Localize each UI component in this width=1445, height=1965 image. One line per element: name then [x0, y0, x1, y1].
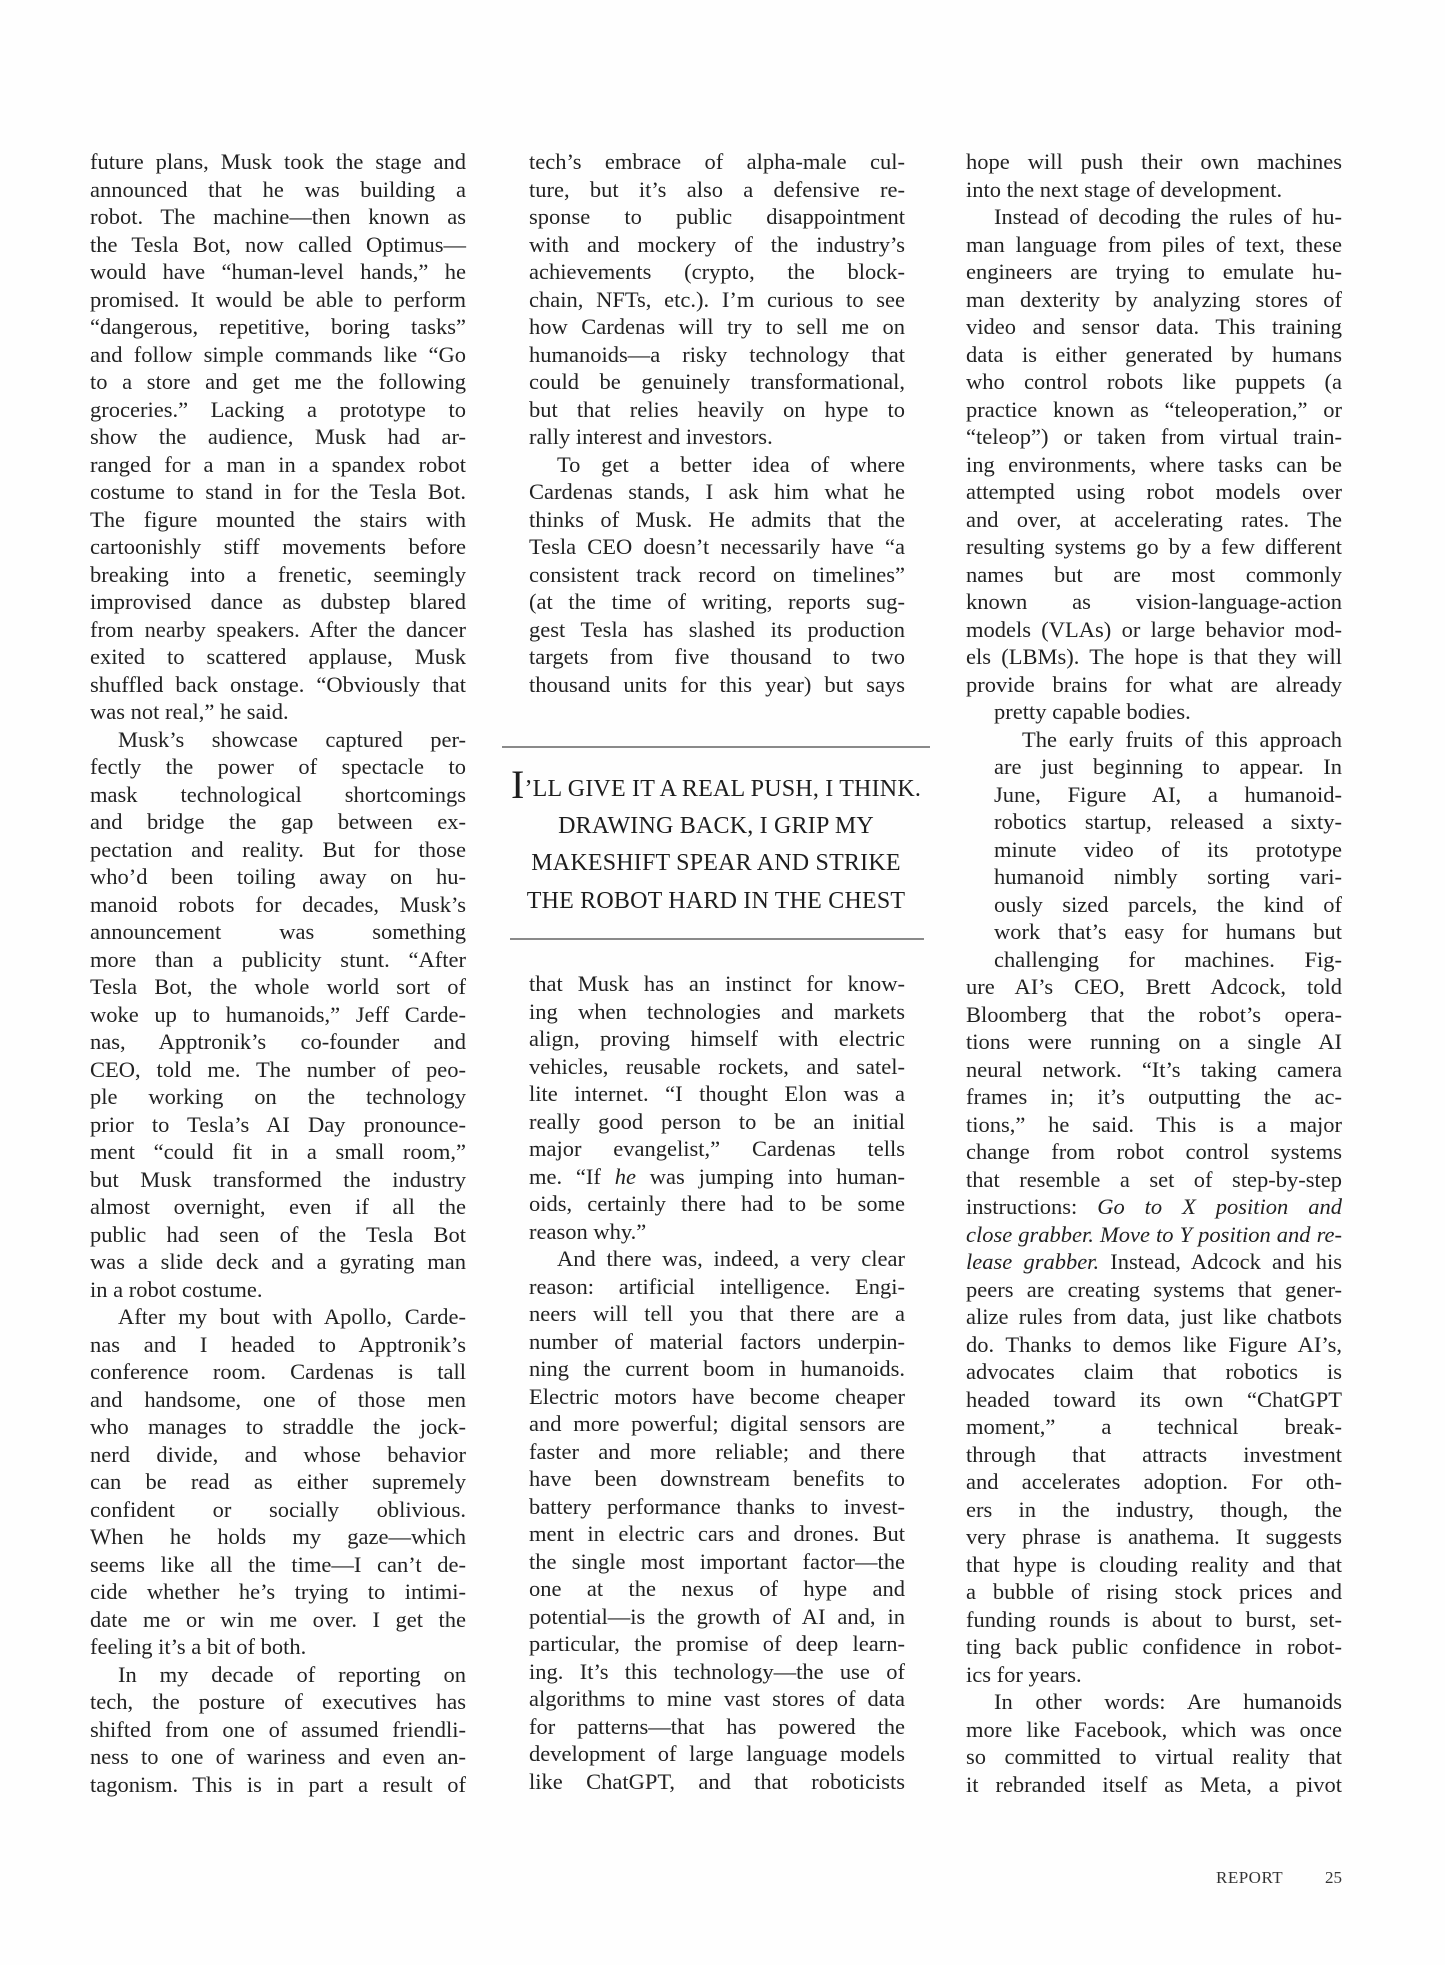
- text-line: groceries.” Lacking a prototype to: [90, 396, 466, 424]
- text-line: but that relies heavily on hype to: [529, 396, 905, 424]
- pull-quote-line-1-text: ’LL GIVE IT A REAL PUSH, I THINK.: [524, 776, 921, 802]
- text-line: tions were running on a single AI: [966, 1028, 1342, 1056]
- text-line: Musk’s showcase captured per-: [90, 726, 466, 754]
- text-line: one at the nexus of hype and: [529, 1575, 905, 1603]
- text-line: sponse to public disappointment: [529, 203, 905, 231]
- pull-quote-text: I’LL GIVE IT A REAL PUSH, I THINK. DRAWI…: [502, 770, 930, 920]
- text-line: video and sensor data. This training: [966, 313, 1342, 341]
- text-line: would have “human-level hands,” he: [90, 258, 466, 286]
- text-line: els (LBMs). The hope is that they will: [966, 643, 1342, 671]
- text-line: humanoids—a risky technology that: [529, 341, 905, 369]
- text-line: The early fruits of this approach: [966, 726, 1342, 754]
- text-line: “dangerous, repetitive, boring tasks”: [90, 313, 466, 341]
- text-line: man dexterity by analyzing stores of: [966, 286, 1342, 314]
- text-line: ture, but it’s also a defensive re-: [529, 176, 905, 204]
- text-line: shuffled back onstage. “Obviously that: [90, 671, 466, 699]
- text-line: headed toward its own “ChatGPT: [966, 1386, 1342, 1414]
- text-line: fectly the power of spectacle to: [90, 753, 466, 781]
- text-line: announcement was something: [90, 918, 466, 946]
- text-line: Tesla Bot, the whole world sort of: [90, 973, 466, 1001]
- text-line: can be read as either supremely: [90, 1468, 466, 1496]
- text-line: Bloomberg that the robot’s opera-: [966, 1001, 1342, 1029]
- text-line: who’d been toiling away on hu-: [90, 863, 466, 891]
- text-line: nerd divide, and whose behavior: [90, 1441, 466, 1469]
- text-line: align, proving himself with electric: [529, 1025, 905, 1053]
- text-line: feeling it’s a bit of both.: [90, 1633, 466, 1661]
- magazine-page: future plans, Musk took the stage andann…: [0, 0, 1445, 1965]
- text-line: instructions: Go to X position and: [966, 1193, 1342, 1221]
- text-line: how Cardenas will try to sell me on: [529, 313, 905, 341]
- text-line: rally interest and investors.: [529, 423, 905, 451]
- text-line: and accelerates adoption. For oth-: [966, 1468, 1342, 1496]
- text-line: ing. It’s this technology—the use of: [529, 1658, 905, 1686]
- text-line: announced that he was building a: [90, 176, 466, 204]
- text-line: After my bout with Apollo, Carde-: [90, 1303, 466, 1331]
- text-line: and handsome, one of those men: [90, 1386, 466, 1414]
- article-column-3: hope will push their own machinesinto th…: [966, 148, 1342, 1798]
- text-line: targets from five thousand to two: [529, 643, 905, 671]
- text-line: have been downstream benefits to: [529, 1465, 905, 1493]
- text-line: vehicles, reusable rockets, and satel-: [529, 1053, 905, 1081]
- text-line: ting back public confidence in robot-: [966, 1633, 1342, 1661]
- text-line: into the next stage of development.: [966, 176, 1342, 204]
- text-line: the single most important factor—the: [529, 1548, 905, 1576]
- text-line: ing when technologies and markets: [529, 998, 905, 1026]
- text-line: so committed to virtual reality that: [966, 1743, 1342, 1771]
- text-line: who manages to straddle the jock-: [90, 1413, 466, 1441]
- text-line: funding rounds is about to burst, set-: [966, 1606, 1342, 1634]
- text-line: who control robots like puppets (a: [966, 368, 1342, 396]
- text-line: future plans, Musk took the stage and: [90, 148, 466, 176]
- text-line: pectation and reality. But for those: [90, 836, 466, 864]
- text-line: Cardenas stands, I ask him what he: [529, 478, 905, 506]
- text-line: from nearby speakers. After the dancer: [90, 616, 466, 644]
- text-line: faster and more reliable; and there: [529, 1438, 905, 1466]
- text-line: cartoonishly stiff movements before: [90, 533, 466, 561]
- text-line: through that attracts investment: [966, 1441, 1342, 1469]
- text-line: was a slide deck and a gyrating man: [90, 1248, 466, 1276]
- column-2-bottom-text: that Musk has an instinct for know-ing w…: [529, 970, 905, 1795]
- text-line: could be genuinely transformational,: [529, 368, 905, 396]
- text-line: humanoid nimbly sorting vari-: [966, 863, 1342, 891]
- text-line: ranged for a man in a spandex robot: [90, 451, 466, 479]
- text-line: that Musk has an instinct for know-: [529, 970, 905, 998]
- text-line: Tesla CEO doesn’t necessarily have “a: [529, 533, 905, 561]
- text-line: major evangelist,” Cardenas tells: [529, 1135, 905, 1163]
- text-line: nas, Apptronik’s co-founder and: [90, 1028, 466, 1056]
- text-line: moment,” a technical break-: [966, 1413, 1342, 1441]
- text-line: (at the time of writing, reports sug-: [529, 588, 905, 616]
- text-line: known as vision-language-action: [966, 588, 1342, 616]
- text-line: neural network. “It’s taking camera: [966, 1056, 1342, 1084]
- text-line: close grabber. Move to Y position and re…: [966, 1221, 1342, 1249]
- text-line: lease grabber. Instead, Adcock and his: [966, 1248, 1342, 1276]
- text-line: more than a publicity stunt. “After: [90, 946, 466, 974]
- italic-text: close grabber. Move to Y position and re…: [966, 1222, 1342, 1247]
- text-line: the Tesla Bot, now called Optimus—: [90, 231, 466, 259]
- text-line: a bubble of rising stock prices and: [966, 1578, 1342, 1606]
- text-line: resulting systems go by a few different: [966, 533, 1342, 561]
- text-line: reason: artificial intelligence. Engi-: [529, 1273, 905, 1301]
- text-line: attempted using robot models over: [966, 478, 1342, 506]
- text-line: ple working on the technology: [90, 1083, 466, 1111]
- text-line: models (VLAs) or large behavior mod-: [966, 616, 1342, 644]
- text-line: number of material factors underpin-: [529, 1328, 905, 1356]
- text-line: and over, at accelerating rates. The: [966, 506, 1342, 534]
- pull-quote-initial: I: [511, 762, 525, 807]
- text-line: And there was, indeed, a very clear: [529, 1245, 905, 1273]
- text-line: man language from piles of text, these: [966, 231, 1342, 259]
- text-line: ure AI’s CEO, Brett Adcock, told: [966, 973, 1342, 1001]
- text-line: ously sized parcels, the kind of: [966, 891, 1342, 919]
- text-line: alize rules from data, just like chatbot…: [966, 1303, 1342, 1331]
- text-line: tech, the posture of executives has: [90, 1688, 466, 1716]
- text-line: was not real,” he said.: [90, 698, 466, 726]
- text-line: particular, the promise of deep learn-: [529, 1630, 905, 1658]
- italic-text: Go to X position and: [1097, 1194, 1342, 1219]
- text-line: lite internet. “I thought Elon was a: [529, 1080, 905, 1108]
- text-line: mask technological shortcomings: [90, 781, 466, 809]
- text-line: exited to scattered applause, Musk: [90, 643, 466, 671]
- italic-text: lease grabber.: [966, 1249, 1099, 1274]
- text-line: oids, certainly there had to be some: [529, 1190, 905, 1218]
- text-line: prior to Tesla’s AI Day pronounce-: [90, 1111, 466, 1139]
- text-line: gest Tesla has slashed its production: [529, 616, 905, 644]
- text-line: chain, NFTs, etc.). I’m curious to see: [529, 286, 905, 314]
- text-line: breaking into a frenetic, seemingly: [90, 561, 466, 589]
- text-line: To get a better idea of where: [529, 451, 905, 479]
- text-line: minute video of its prototype: [966, 836, 1342, 864]
- text-line: it rebranded itself as Meta, a pivot: [966, 1771, 1342, 1799]
- italic-text: he: [615, 1164, 636, 1189]
- text-line: provide brains for what are already: [966, 671, 1342, 699]
- text-line: show the audience, Musk had ar-: [90, 423, 466, 451]
- text-line: for patterns—that has powered the: [529, 1713, 905, 1741]
- text-line: like ChatGPT, and that roboticists: [529, 1768, 905, 1796]
- text-line: cide whether he’s trying to intimi-: [90, 1578, 466, 1606]
- text-line: The figure mounted the stairs with: [90, 506, 466, 534]
- text-line: When he holds my gaze—which: [90, 1523, 466, 1551]
- text-line: are just beginning to appear. In: [966, 753, 1342, 781]
- text-line: hope will push their own machines: [966, 148, 1342, 176]
- text-line: and more powerful; digital sensors are: [529, 1410, 905, 1438]
- footer-section-label: REPORT: [1216, 1866, 1283, 1890]
- text-line: reason why.”: [529, 1218, 905, 1246]
- column-2-top-text: tech’s embrace of alpha-male cul-ture, b…: [529, 148, 905, 698]
- text-line: ning the current boom in humanoids.: [529, 1355, 905, 1383]
- text-line: but Musk transformed the industry: [90, 1166, 466, 1194]
- text-line: almost overnight, even if all the: [90, 1193, 466, 1221]
- text-line: tech’s embrace of alpha-male cul-: [529, 148, 905, 176]
- article-column-1: future plans, Musk took the stage andann…: [90, 148, 466, 1798]
- text-line: potential—is the growth of AI and, in: [529, 1603, 905, 1631]
- text-line: date me or win me over. I get the: [90, 1606, 466, 1634]
- text-line: data is either generated by humans: [966, 341, 1342, 369]
- text-line: frames in; it’s outputting the ac-: [966, 1083, 1342, 1111]
- text-line: ics for years.: [966, 1661, 1342, 1689]
- text-line: seems like all the time—I can’t de-: [90, 1551, 466, 1579]
- pull-quote-line-2: DRAWING BACK, I GRIP MY: [502, 808, 930, 846]
- text-line: ers in the industry, though, the: [966, 1496, 1342, 1524]
- text-line: thousand units for this year) but says: [529, 671, 905, 699]
- text-line: June, Figure AI, a humanoid-: [966, 781, 1342, 809]
- text-line: tions,” he said. This is a major: [966, 1111, 1342, 1139]
- text-line: development of large language models: [529, 1740, 905, 1768]
- pull-quote-bottom-rule: [510, 938, 924, 940]
- text-line: “teleop”) or taken from virtual train-: [966, 423, 1342, 451]
- text-line: tagonism. This is in part a result of: [90, 1771, 466, 1799]
- text-line: names but are most commonly: [966, 561, 1342, 589]
- text-line: to a store and get me the following: [90, 368, 466, 396]
- text-line: battery performance thanks to invest-: [529, 1493, 905, 1521]
- text-line: ing environments, where tasks can be: [966, 451, 1342, 479]
- text-line: neers will tell you that there are a: [529, 1300, 905, 1328]
- text-line: really good person to be an initial: [529, 1108, 905, 1136]
- text-line: manoid robots for decades, Musk’s: [90, 891, 466, 919]
- text-line: robotics startup, released a sixty-: [966, 808, 1342, 836]
- text-line: me. “If he was jumping into human-: [529, 1163, 905, 1191]
- text-line: with and mockery of the industry’s: [529, 231, 905, 259]
- text-line: improvised dance as dubstep blared: [90, 588, 466, 616]
- text-line: nas and I headed to Apptronik’s: [90, 1331, 466, 1359]
- text-line: ment in electric cars and drones. But: [529, 1520, 905, 1548]
- text-line: Instead of decoding the rules of hu-: [966, 203, 1342, 231]
- text-line: engineers are trying to emulate hu-: [966, 258, 1342, 286]
- text-line: Electric motors have become cheaper: [529, 1383, 905, 1411]
- text-line: woke up to humanoids,” Jeff Carde-: [90, 1001, 466, 1029]
- text-line: costume to stand in for the Tesla Bot.: [90, 478, 466, 506]
- text-line: change from robot control systems: [966, 1138, 1342, 1166]
- text-line: that resemble a set of step-by-step: [966, 1166, 1342, 1194]
- text-line: achievements (crypto, the block-: [529, 258, 905, 286]
- text-line: consistent track record on timelines”: [529, 561, 905, 589]
- text-line: promised. It would be able to perform: [90, 286, 466, 314]
- text-line: challenging for machines. Fig-: [966, 946, 1342, 974]
- pull-quote-top-rule: [502, 746, 930, 748]
- text-line: shifted from one of assumed friendli-: [90, 1716, 466, 1744]
- page-footer: REPORT 25: [1200, 1866, 1342, 1890]
- text-line: and follow simple commands like “Go: [90, 341, 466, 369]
- text-line: very phrase is anathema. It suggests: [966, 1523, 1342, 1551]
- pull-quote-line-1: I’LL GIVE IT A REAL PUSH, I THINK.: [502, 770, 930, 808]
- text-line: in a robot costume.: [90, 1276, 466, 1304]
- text-line: confident or socially oblivious.: [90, 1496, 466, 1524]
- text-line: pretty capable bodies.: [966, 698, 1342, 726]
- text-line: conference room. Cardenas is tall: [90, 1358, 466, 1386]
- pull-quote-line-4: THE ROBOT HARD IN THE CHEST: [502, 883, 930, 921]
- text-line: ment “could fit in a small room,”: [90, 1138, 466, 1166]
- text-line: thinks of Musk. He admits that the: [529, 506, 905, 534]
- page-number: 25: [1325, 1866, 1342, 1890]
- text-line: peers are creating systems that gener-: [966, 1276, 1342, 1304]
- text-line: CEO, told me. The number of peo-: [90, 1056, 466, 1084]
- pull-quote: I’LL GIVE IT A REAL PUSH, I THINK. DRAWI…: [502, 746, 930, 940]
- text-line: practice known as “teleoperation,” or: [966, 396, 1342, 424]
- text-line: and bridge the gap between ex-: [90, 808, 466, 836]
- text-line: work that’s easy for humans but: [966, 918, 1342, 946]
- text-line: do. Thanks to demos like Figure AI’s,: [966, 1331, 1342, 1359]
- text-line: In my decade of reporting on: [90, 1661, 466, 1689]
- text-line: more like Facebook, which was once: [966, 1716, 1342, 1744]
- text-line: algorithms to mine vast stores of data: [529, 1685, 905, 1713]
- text-line: advocates claim that robotics is: [966, 1358, 1342, 1386]
- text-line: robot. The machine—then known as: [90, 203, 466, 231]
- text-line: that hype is clouding reality and that: [966, 1551, 1342, 1579]
- article-column-2: tech’s embrace of alpha-male cul-ture, b…: [529, 148, 905, 698]
- text-line: ness to one of wariness and even an-: [90, 1743, 466, 1771]
- pull-quote-line-3: MAKESHIFT SPEAR AND STRIKE: [502, 845, 930, 883]
- text-line: In other words: Are humanoids: [966, 1688, 1342, 1716]
- text-line: public had seen of the Tesla Bot: [90, 1221, 466, 1249]
